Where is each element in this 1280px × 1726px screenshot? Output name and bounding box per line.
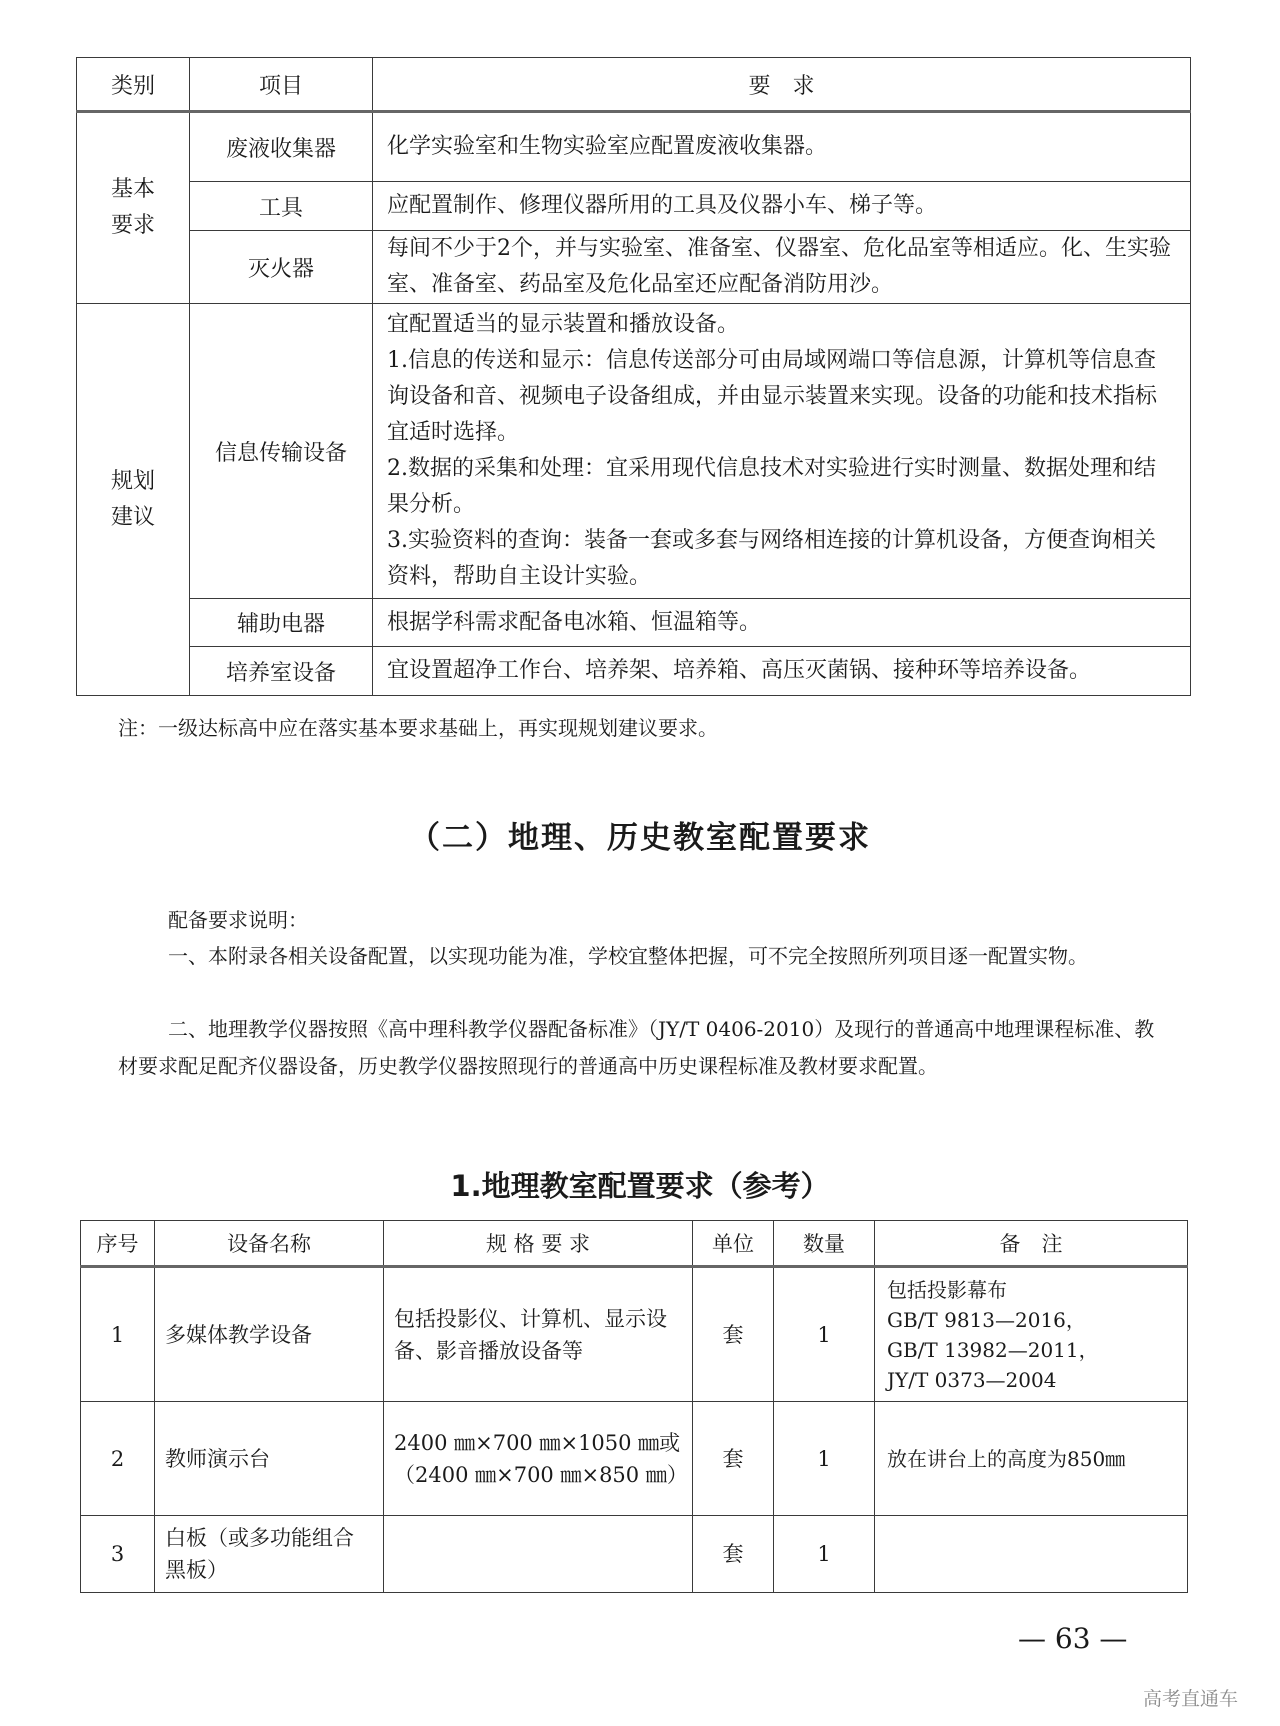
column-header-name: 设备名称 bbox=[155, 1221, 384, 1267]
section-title: （二）地理、历史教室配置要求 bbox=[0, 812, 1280, 857]
spec-cell bbox=[384, 1516, 693, 1593]
requirement-cell: 宜配置适当的显示装置和播放设备。 1.信息的传送和显示：信息传送部分可由局域网端… bbox=[373, 304, 1191, 599]
column-header-requirement: 要 求 bbox=[373, 58, 1191, 112]
unit-cell: 套 bbox=[693, 1516, 774, 1593]
item-cell: 工具 bbox=[190, 182, 373, 231]
item-cell: 灭火器 bbox=[190, 231, 373, 304]
qty-cell: 1 bbox=[774, 1267, 875, 1402]
table-row: 辅助电器 根据学科需求配备电冰箱、恒温箱等。 bbox=[77, 599, 1191, 647]
table-row: 工具 应配置制作、修理仪器所用的工具及仪器小车、梯子等。 bbox=[77, 182, 1191, 231]
item-cell: 废液收集器 bbox=[190, 112, 373, 182]
requirement-cell: 每间不少于2个，并与实验室、准备室、仪器室、危化品室等相适应。化、生实验室、准备… bbox=[373, 231, 1191, 304]
column-header-remark: 备 注 bbox=[875, 1221, 1188, 1267]
table-row: 1 多媒体教学设备 包括投影仪、计算机、显示设备、影音播放设备等 套 1 包括投… bbox=[81, 1267, 1188, 1402]
item-cell: 信息传输设备 bbox=[190, 304, 373, 599]
category-cell-planning: 规划 建议 bbox=[77, 304, 190, 696]
requirement-cell: 化学实验室和生物实验室应配置废液收集器。 bbox=[373, 112, 1191, 182]
category-label-line: 要求 bbox=[77, 208, 189, 244]
intro-paragraph: 一、本附录各相关设备配置，以实现功能为准，学校宜整体把握，可不完全按照所列项目逐… bbox=[118, 938, 1158, 975]
intro-label: 配备要求说明： bbox=[168, 902, 1208, 939]
table-header-row: 序号 设备名称 规 格 要 求 单位 数量 备 注 bbox=[81, 1221, 1188, 1267]
table-row: 培养室设备 宜设置超净工作台、培养架、培养箱、高压灭菌锅、接种环等培养设备。 bbox=[77, 647, 1191, 696]
remark-line: GB/T 9813—2016， bbox=[887, 1305, 1175, 1335]
unit-cell: 套 bbox=[693, 1267, 774, 1402]
requirement-line: 3.实验资料的查询：装备一套或多套与网络相连接的计算机设备，方便查询相关资料，帮… bbox=[387, 523, 1176, 595]
table-row: 2 教师演示台 2400 ㎜×700 ㎜×1050 ㎜或（2400 ㎜×700 … bbox=[81, 1402, 1188, 1516]
item-cell: 培养室设备 bbox=[190, 647, 373, 696]
no-cell: 3 bbox=[81, 1516, 155, 1593]
name-cell: 教师演示台 bbox=[155, 1402, 384, 1516]
requirement-line: 宜配置适当的显示装置和播放设备。 bbox=[387, 307, 1176, 343]
geography-classroom-table: 序号 设备名称 规 格 要 求 单位 数量 备 注 1 多媒体教学设备 包括投影… bbox=[80, 1220, 1188, 1593]
no-cell: 2 bbox=[81, 1402, 155, 1516]
table-row: 规划 建议 信息传输设备 宜配置适当的显示装置和播放设备。 1.信息的传送和显示… bbox=[77, 304, 1191, 599]
category-label-line: 基本 bbox=[77, 172, 189, 208]
column-header-no: 序号 bbox=[81, 1221, 155, 1267]
requirement-cell: 应配置制作、修理仪器所用的工具及仪器小车、梯子等。 bbox=[373, 182, 1191, 231]
unit-cell: 套 bbox=[693, 1402, 774, 1516]
remark-cell: 包括投影幕布 GB/T 9813—2016， GB/T 13982—2011， … bbox=[875, 1267, 1188, 1402]
qty-cell: 1 bbox=[774, 1516, 875, 1593]
requirement-line: 1.信息的传送和显示：信息传送部分可由局域网端口等信息源，计算机等信息查询设备和… bbox=[387, 343, 1176, 451]
name-cell: 多媒体教学设备 bbox=[155, 1267, 384, 1402]
table-note: 注：一级达标高中应在落实基本要求基础上，再实现规划建议要求。 bbox=[118, 712, 718, 741]
watermark: 高考直通车 bbox=[1143, 1684, 1238, 1711]
category-label-line: 规划 bbox=[77, 464, 189, 500]
column-header-spec: 规 格 要 求 bbox=[384, 1221, 693, 1267]
remark-cell: 放在讲台上的高度为850㎜ bbox=[875, 1402, 1188, 1516]
item-cell: 辅助电器 bbox=[190, 599, 373, 647]
lab-requirements-table: 类别 项目 要 求 基本 要求 废液收集器 化学实验室和生物实验室应配置废液收集… bbox=[76, 57, 1191, 696]
spec-cell: 包括投影仪、计算机、显示设备、影音播放设备等 bbox=[384, 1267, 693, 1402]
remark-line: JY/T 0373—2004 bbox=[887, 1365, 1175, 1395]
name-cell: 白板（或多功能组合黑板） bbox=[155, 1516, 384, 1593]
remark-line: 包括投影幕布 bbox=[887, 1275, 1175, 1305]
spec-cell: 2400 ㎜×700 ㎜×1050 ㎜或（2400 ㎜×700 ㎜×850 ㎜） bbox=[384, 1402, 693, 1516]
column-header-category: 类别 bbox=[77, 58, 190, 112]
table-row: 基本 要求 废液收集器 化学实验室和生物实验室应配置废液收集器。 bbox=[77, 112, 1191, 182]
table-row: 灭火器 每间不少于2个，并与实验室、准备室、仪器室、危化品室等相适应。化、生实验… bbox=[77, 231, 1191, 304]
no-cell: 1 bbox=[81, 1267, 155, 1402]
requirement-line: 2.数据的采集和处理：宜采用现代信息技术对实验进行实时测量、数据处理和结果分析。 bbox=[387, 451, 1176, 523]
category-label-line: 建议 bbox=[77, 500, 189, 536]
category-cell-basic: 基本 要求 bbox=[77, 112, 190, 304]
requirement-cell: 宜设置超净工作台、培养架、培养箱、高压灭菌锅、接种环等培养设备。 bbox=[373, 647, 1191, 696]
table-header-row: 类别 项目 要 求 bbox=[77, 58, 1191, 112]
qty-cell: 1 bbox=[774, 1402, 875, 1516]
column-header-qty: 数量 bbox=[774, 1221, 875, 1267]
intro-paragraph: 二、地理教学仪器按照《高中理科教学仪器配备标准》（JY/T 0406-2010）… bbox=[118, 1011, 1158, 1084]
column-header-unit: 单位 bbox=[693, 1221, 774, 1267]
table-title: 1.地理教室配置要求（参考） bbox=[0, 1164, 1280, 1205]
requirement-cell: 根据学科需求配备电冰箱、恒温箱等。 bbox=[373, 599, 1191, 647]
remark-cell bbox=[875, 1516, 1188, 1593]
remark-line: GB/T 13982—2011， bbox=[887, 1335, 1175, 1365]
table-row: 3 白板（或多功能组合黑板） 套 1 bbox=[81, 1516, 1188, 1593]
column-header-item: 项目 bbox=[190, 58, 373, 112]
page-number: — 63 — bbox=[1018, 1622, 1127, 1655]
